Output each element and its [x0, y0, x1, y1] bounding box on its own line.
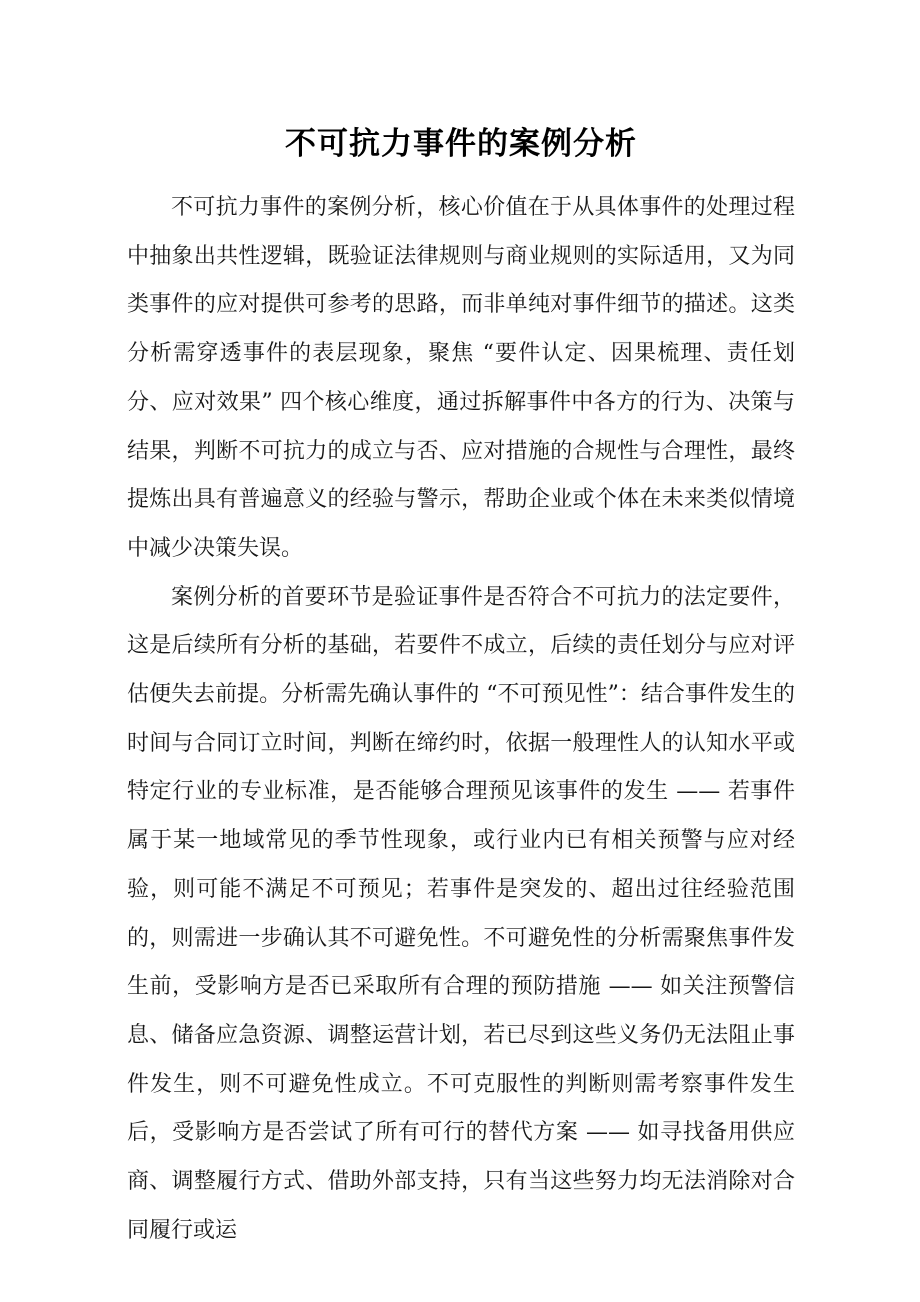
document-page: 不可抗力事件的案例分析 不可抗力事件的案例分析，核心价值在于从具体事件的处理过程… — [0, 0, 920, 1302]
paragraph-intro: 不可抗力事件的案例分析，核心价值在于从具体事件的处理过程中抽象出共性逻辑，既验证… — [127, 184, 795, 574]
document-title: 不可抗力事件的案例分析 — [127, 118, 795, 170]
paragraph-legal-elements: 案例分析的首要环节是验证事件是否符合不可抗力的法定要件，这是后续所有分析的基础，… — [127, 574, 795, 1256]
